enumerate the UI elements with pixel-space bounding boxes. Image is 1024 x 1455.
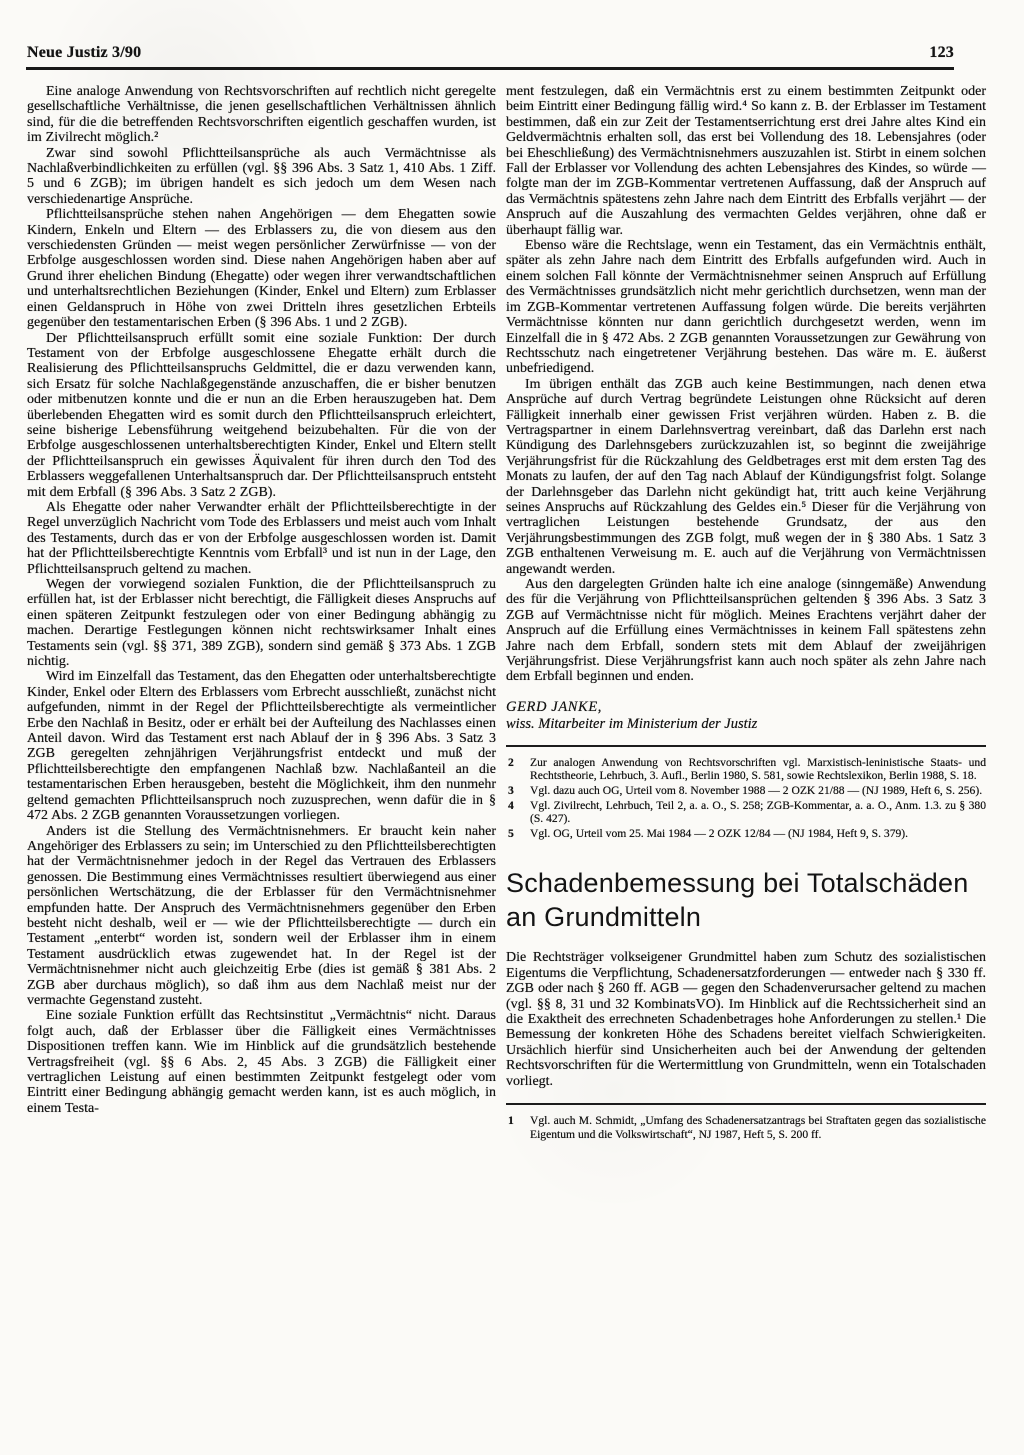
article-paragraph: Wegen der vorwiegend sozialen Funktion, … xyxy=(27,577,496,669)
article-paragraph: Im übrigen enthält das ZGB auch keine Be… xyxy=(506,377,986,577)
article-paragraph: Ebenso wäre die Rechtslage, wenn ein Tes… xyxy=(506,238,986,377)
footnote-item: 3 Vgl. dazu auch OG, Urteil vom 8. Novem… xyxy=(506,784,986,798)
footnote-item: 1 Vgl. auch M. Schmidt, „Umfang des Scha… xyxy=(506,1114,986,1141)
footnote-item: 5 Vgl. OG, Urteil vom 25. Mai 1984 — 2 O… xyxy=(506,827,986,841)
second-article-title: Schadenbemessung bei Totalschäden an Gru… xyxy=(506,866,986,934)
footnote-item: 2 Zur analogen Anwendung von Rechtsvorsc… xyxy=(506,756,986,783)
journal-title: Neue Justiz 3/90 xyxy=(27,44,141,62)
second-article: Schadenbemessung bei Totalschäden an Gru… xyxy=(506,866,986,1141)
page-number: 123 xyxy=(929,44,954,62)
right-column: ment festzulegen, daß ein Vermächtnis er… xyxy=(506,84,986,1142)
article-paragraph: Als Ehegatte oder naher Verwandter erhäl… xyxy=(27,500,496,577)
article-paragraph: Die Rechtsträger volkseigener Grundmitte… xyxy=(506,950,986,1089)
article-paragraph: Der Pflichtteilsanspruch erfüllt somit e… xyxy=(27,331,496,500)
article-paragraph: Pflichtteilsansprüche stehen nahen Angeh… xyxy=(27,207,496,330)
footnote-list: 2 Zur analogen Anwendung von Rechtsvorsc… xyxy=(506,756,986,841)
footnote-text: Vgl. dazu auch OG, Urteil vom 8. Novembe… xyxy=(530,784,986,798)
footnote-number: 2 xyxy=(506,756,530,783)
footnote-text: Zur analogen Anwendung von Rechtsvorschr… xyxy=(530,756,986,783)
article-paragraph: Wird im Einzelfall das Testament, das de… xyxy=(27,669,496,823)
article-paragraph: Eine soziale Funktion erfüllt das Rechts… xyxy=(27,1008,496,1116)
footnote-list: 1 Vgl. auch M. Schmidt, „Umfang des Scha… xyxy=(506,1114,986,1141)
footnote-number: 5 xyxy=(506,827,530,841)
left-column: Eine analoge Anwendung von Rechtsvorschr… xyxy=(27,84,496,1142)
footnote-rule xyxy=(506,745,986,747)
running-head: Neue Justiz 3/90 123 xyxy=(27,44,954,62)
footnote-text: Vgl. OG, Urteil vom 25. Mai 1984 — 2 OZK… xyxy=(530,827,986,841)
article-paragraph: ment festzulegen, daß ein Vermächtnis er… xyxy=(506,84,986,238)
two-column-body: Eine analoge Anwendung von Rechtsvorschr… xyxy=(27,84,986,1142)
author-name: GERD JANKE, xyxy=(506,699,986,716)
journal-page: Neue Justiz 3/90 123 Eine analoge Anwend… xyxy=(0,0,1024,1455)
article-paragraph: Zwar sind sowohl Pflichtteilsansprüche a… xyxy=(27,146,496,208)
article-paragraph: Eine analoge Anwendung von Rechtsvorschr… xyxy=(27,84,496,146)
footnote-text: Vgl. Zivilrecht, Lehrbuch, Teil 2, a. a.… xyxy=(530,799,986,826)
article-paragraph: Aus den dargelegten Gründen halte ich ei… xyxy=(506,577,986,685)
footnote-text: Vgl. auch M. Schmidt, „Umfang des Schade… xyxy=(530,1114,986,1141)
article-paragraph: Anders ist die Stellung des Vermächtnisn… xyxy=(27,824,496,1009)
footnote-number: 3 xyxy=(506,784,530,798)
author-signature: GERD JANKE, wiss. Mitarbeiter im Ministe… xyxy=(506,699,986,733)
header-rule xyxy=(26,67,954,70)
footnote-number: 1 xyxy=(506,1114,530,1141)
footnote-rule xyxy=(506,1103,986,1105)
author-title: wiss. Mitarbeiter im Ministerium der Jus… xyxy=(506,716,986,733)
footnote-item: 4 Vgl. Zivilrecht, Lehrbuch, Teil 2, a. … xyxy=(506,799,986,826)
footnote-number: 4 xyxy=(506,799,530,826)
